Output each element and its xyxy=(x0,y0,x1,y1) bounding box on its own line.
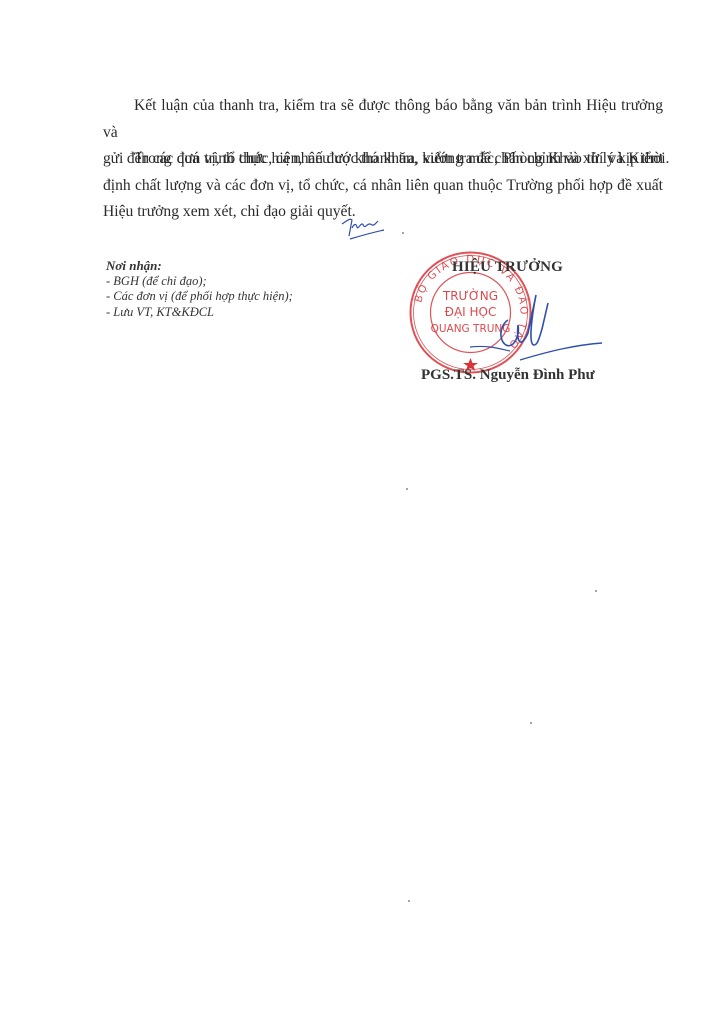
recipients-block: Nơi nhận: - BGH (để chỉ đạo); - Các đơn … xyxy=(106,258,293,320)
signer-position: HIỆU TRƯỞNG xyxy=(452,259,563,276)
recipient-item: - BGH (để chỉ đạo); xyxy=(106,274,293,290)
recipients-title: Nơi nhận: xyxy=(106,258,293,274)
scan-speck xyxy=(402,232,404,234)
scan-speck xyxy=(530,722,532,724)
scan-speck xyxy=(595,590,597,592)
handwritten-signature-icon xyxy=(470,285,610,365)
paragraph-line: định chất lượng và các đơn vị, tổ chức, … xyxy=(103,173,663,200)
signer-name: PGS.TS. Nguyễn Đình Phư xyxy=(421,367,595,384)
initial-signature-icon xyxy=(340,212,390,242)
scan-speck xyxy=(406,488,408,490)
paragraph-line: Kết luận của thanh tra, kiểm tra sẽ được… xyxy=(103,93,663,146)
scan-speck xyxy=(408,900,410,902)
recipient-item: - Các đơn vị (để phối hợp thực hiện); xyxy=(106,289,293,305)
recipient-item: - Lưu VT, KT&KĐCL xyxy=(106,305,293,321)
paragraph-line: Trong quá trình thực hiện, nếu có khó kh… xyxy=(103,146,663,173)
